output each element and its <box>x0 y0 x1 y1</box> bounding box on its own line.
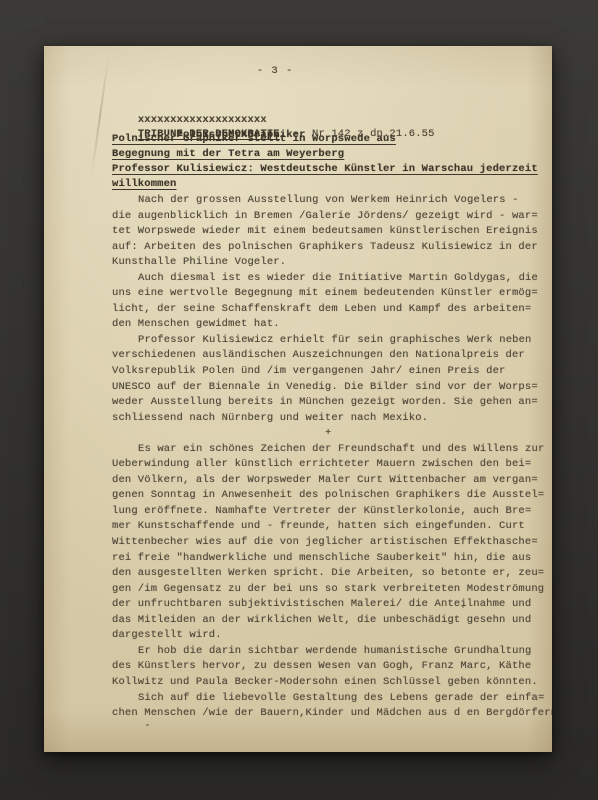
body-line: uns eine wertvolle Begegnung mit einem b… <box>112 286 552 302</box>
body-line: der unfruchtbaren subjektivistischen Mal… <box>112 597 552 613</box>
body-line: Professor Kulisiewicz erhielt für sein g… <box>112 333 552 349</box>
body-line: lung eröffnete. Namhafte Vertreter der K… <box>112 504 552 520</box>
body-line: Kunsthalle Philine Vogeler. <box>112 255 552 271</box>
body-line: Sich auf die liebevolle Gestaltung des L… <box>112 691 552 707</box>
paper-sheet: - 3 - PolnischerxGraphiker xxxxxxxxxxxxx… <box>44 46 552 752</box>
body-line: tet Worpswede wieder mit einem bedeutsam… <box>112 224 552 240</box>
page-number: - 3 - <box>240 65 310 77</box>
body-line: chen Menschen /wie der Bauern,Kinder und… <box>112 706 552 722</box>
paper-speck <box>146 724 149 726</box>
body-line: den ausgestellten Werken spricht. Die Ar… <box>112 566 552 582</box>
body-line: Volksrepublik Polen ünd /im vergangenen … <box>112 364 552 380</box>
body-line: Kollwitz und Paula Becker-Modersohn eine… <box>112 675 552 691</box>
body-line: UNESCO auf der Biennale in Venedig. Die … <box>112 380 552 396</box>
headline-line: Polnischer Graphiker stellt in Worpswede… <box>112 132 396 147</box>
body-line: verschiedenen ausländischen Auszeichnung… <box>112 348 552 364</box>
body-line: licht, der seine Schaffenskraft dem Lebe… <box>112 302 552 318</box>
body-line: Wittenbecher wies auf die von jeglicher … <box>112 535 552 551</box>
body-text: Nach der grossen Ausstellung von Werkem … <box>112 193 552 722</box>
headline-line: Professor Kulisiewicz: Westdeutsche Küns… <box>112 162 538 177</box>
paper-crease <box>91 56 110 175</box>
body-line: das Mitleiden an der wirklichen Welt, di… <box>112 613 552 629</box>
body-line: des Künstlers hervor, zu dessen Wesen va… <box>112 659 552 675</box>
body-line: mer Kunstschaffende und - freunde, hatte… <box>112 519 552 535</box>
plus-separator: + <box>112 426 552 442</box>
headline-line: willkommen <box>112 177 177 192</box>
body-line: gen /im Gegensatz zu der bei uns so star… <box>112 582 552 598</box>
body-line: Nach der grossen Ausstellung von Werkem … <box>112 193 552 209</box>
body-line: genen Sonntag in Anwesenheit des polnisc… <box>112 488 552 504</box>
body-line: schliessend nach Nürnberg und weiter nac… <box>112 411 552 427</box>
body-line: Auch diesmal ist es wieder die Initiativ… <box>112 271 552 287</box>
photo-backdrop: { "document": { "page_number": "- 3 -", … <box>0 0 598 800</box>
body-line: dargestellt wird. <box>112 628 552 644</box>
headline-line: Begegnung mit der Tetra am Weyerberg <box>112 147 344 162</box>
body-line: den Menschen gewidmet hat. <box>112 317 552 333</box>
body-line: die augenblicklich in Bremen /Galerie Jö… <box>112 209 552 225</box>
body-line: weder Ausstellung bereits in München gez… <box>112 395 552 411</box>
body-line: Ueberwindung aller künstlich errichteter… <box>112 457 552 473</box>
body-line: rei freie "handwerkliche und menschliche… <box>112 551 552 567</box>
body-line: den Völkern, als der Worpsweder Maler Cu… <box>112 473 552 489</box>
body-line: auf: Arbeiten des polnischen Graphikers … <box>112 240 552 256</box>
body-line: Er hob die darin sichtbar werdende human… <box>112 644 552 660</box>
body-line: Es war ein schönes Zeichen der Freundsch… <box>112 442 552 458</box>
